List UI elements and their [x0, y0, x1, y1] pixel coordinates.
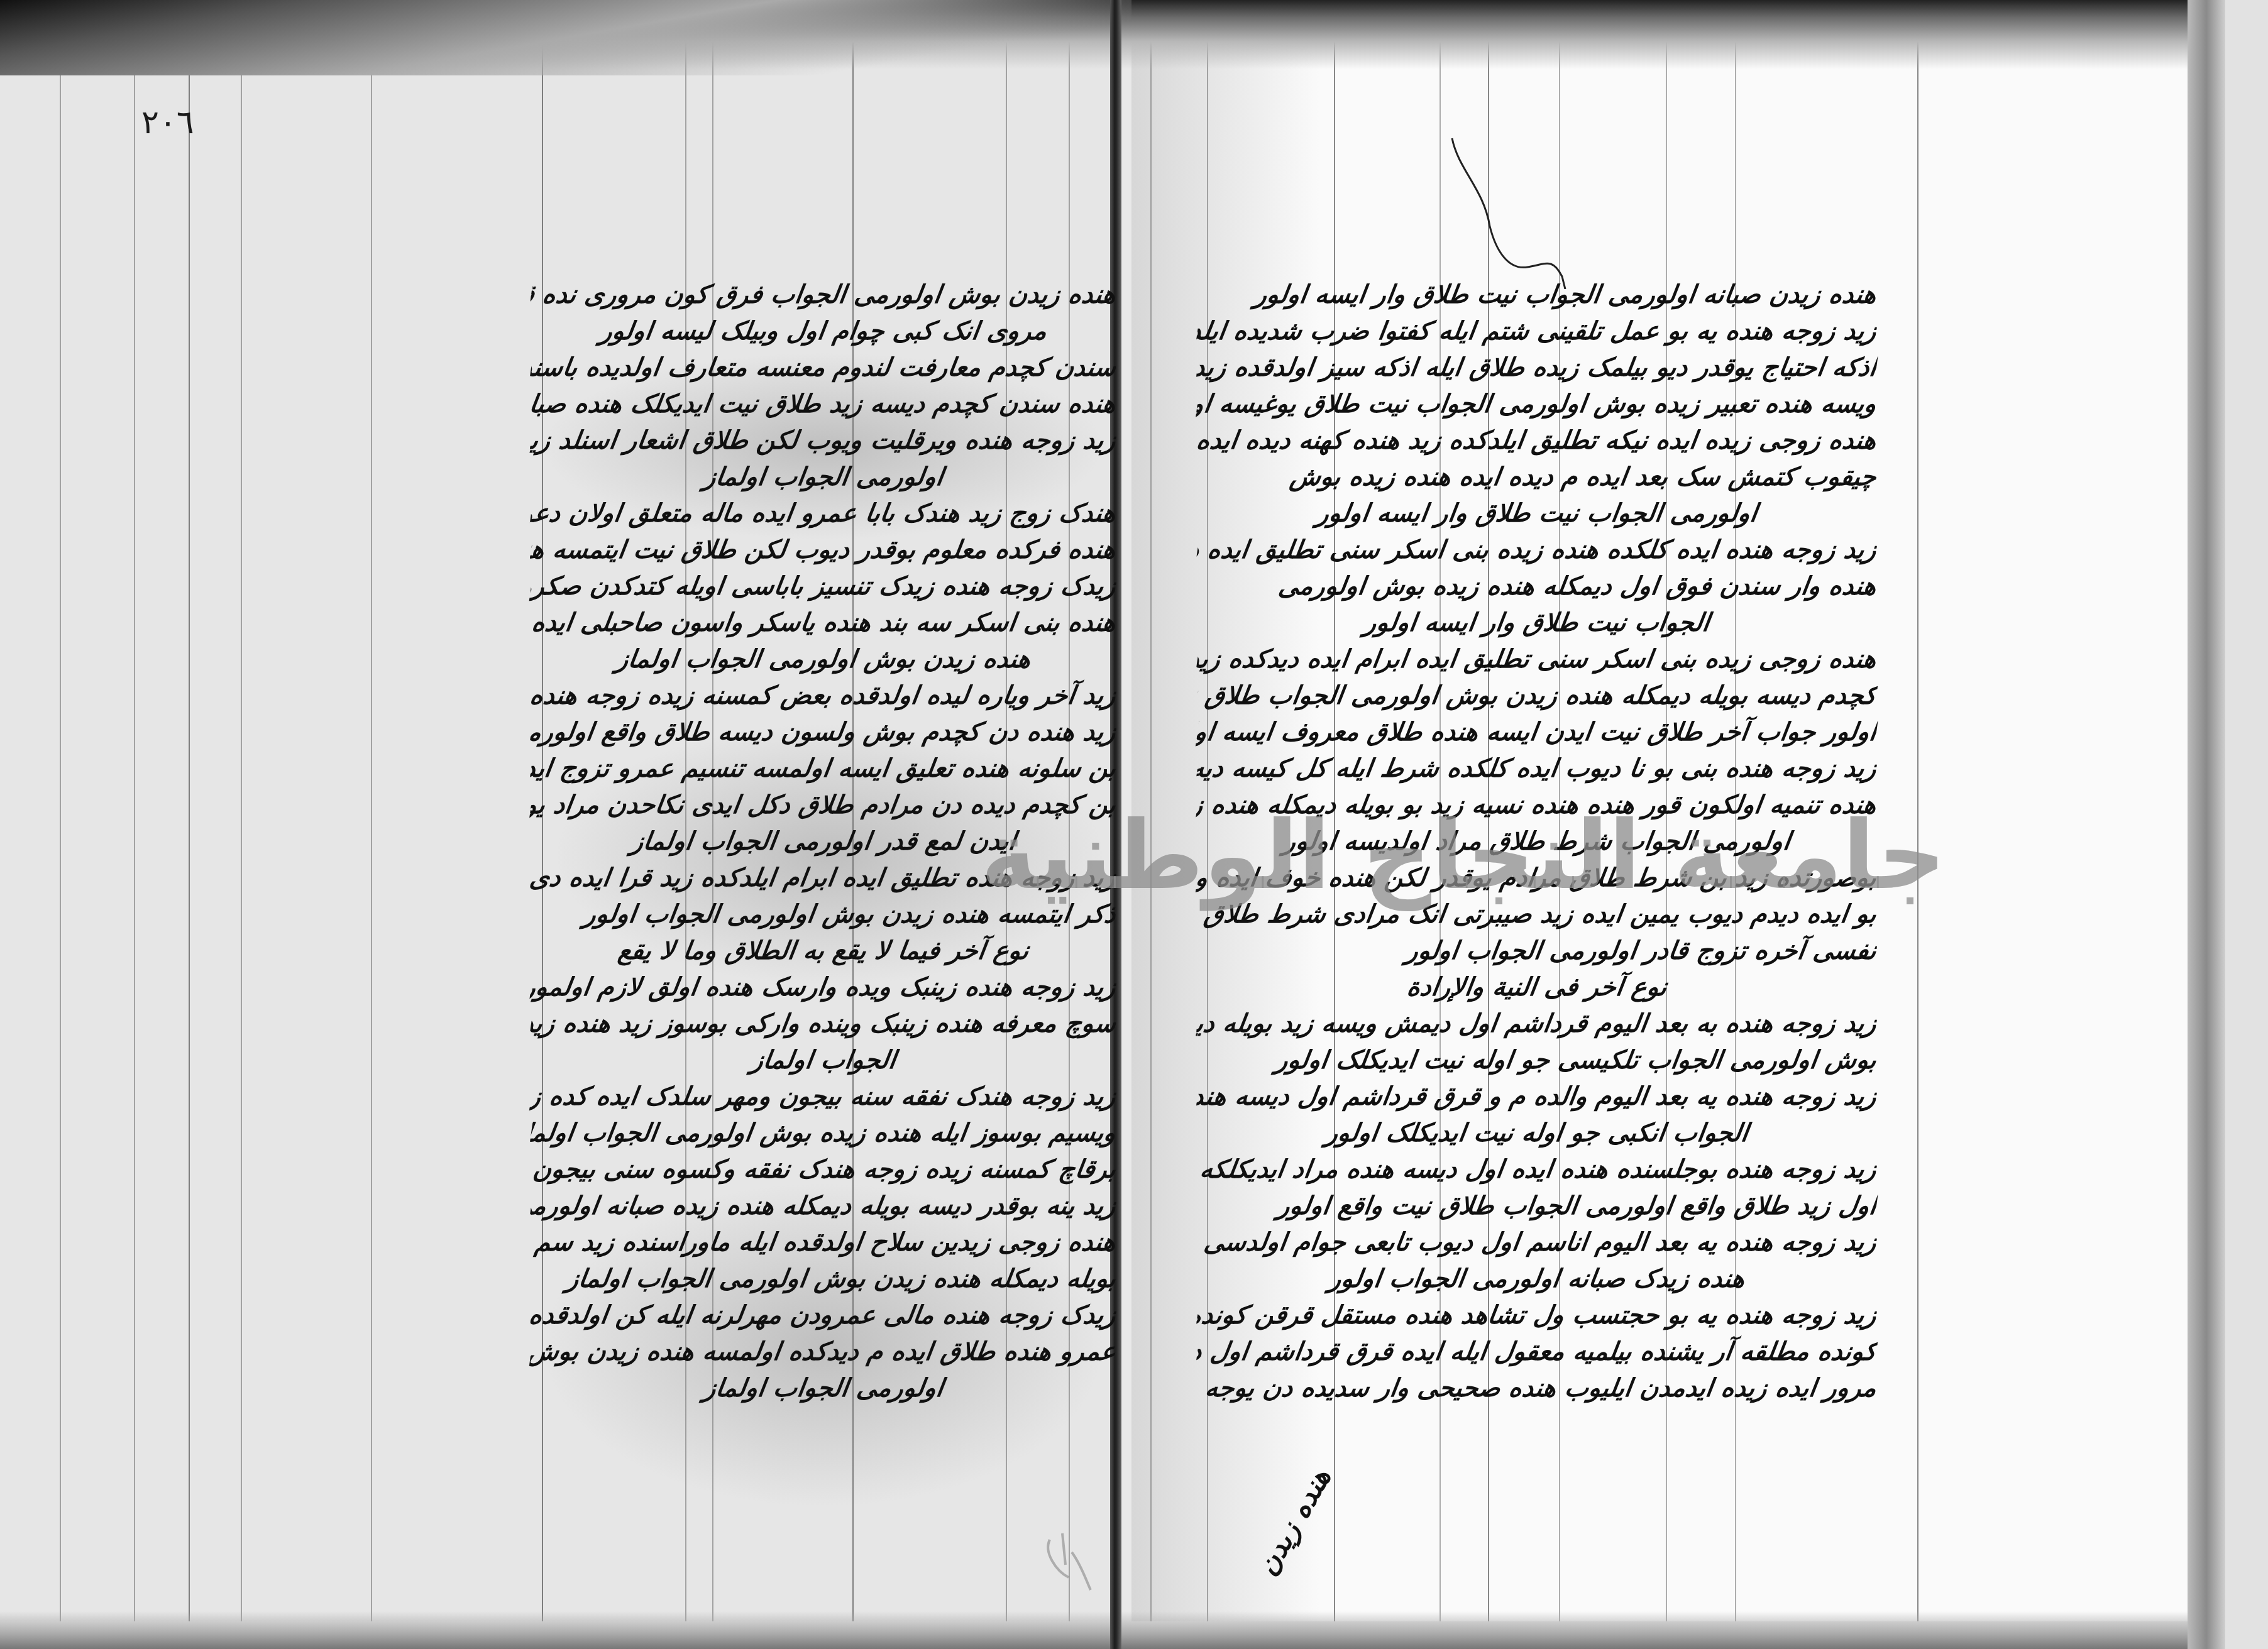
ruling-line [241, 0, 242, 1621]
text-line: هنده بنی اسکر سه بند هنده یاسکر واسون صا… [529, 605, 1118, 641]
text-line: هنده وار سندن فوق اول دیمکله هنده زیده ب… [1195, 568, 1879, 605]
text-line: زید زوجه هنده زینبک ویده وارسک هنده اولق… [529, 969, 1118, 1005]
text-line: اول زید طلاق واقع اولورمی الجواب طلاق نی… [1195, 1188, 1879, 1224]
text-line: برقاچ کمسنه زیده زوجه هندک نفقه وکسوه سن… [529, 1151, 1118, 1188]
text-line: زید زوجه هنده ایده کلکده هنده زیده بنی ا… [1195, 532, 1879, 568]
ruling-line [371, 0, 372, 1621]
text-line: کچدم دیسه بویله دیمکله هنده زیدن بوش اول… [1195, 677, 1879, 714]
text-line: هنده سندن کچدم دیسه زید طلاق نیت ایدیکلک… [529, 386, 1118, 422]
text-line: اذکه احتیاج یوقدر دیو بیلمک زیده طلاق ای… [1195, 349, 1879, 386]
text-line: الجواب اولماز [529, 1042, 1118, 1078]
text-line: هندک زوج زید هندک بابا عمرو ایده ماله مت… [529, 495, 1118, 532]
faint-ink-mark [1037, 1527, 1094, 1596]
text-line: ویسیم بوسوز ایله هنده زیده بوش اولورمی ا… [529, 1115, 1118, 1151]
text-line: بن سلونه هنده تعلیق ایسه اولمسه تنسیم عم… [529, 750, 1118, 787]
ruling-line [60, 0, 61, 1621]
page-number: ٢٠٦ [141, 104, 194, 141]
text-line: زید ینه بوقدر دیسه بویله دیمکله هنده زید… [529, 1188, 1118, 1224]
manuscript-scan: ٢٠٦ هنده زیدن بوش اولورمی الجواب فرق کون… [0, 0, 2268, 1649]
text-line: زید زوجه هنده بوجلسنده هنده ایده اول دیس… [1195, 1151, 1879, 1188]
text-line: عمرو هنده طلاق ایده م دیدکده اولمسه هنده… [529, 1334, 1118, 1370]
text-line: اولورمی الجواب نیت طلاق وار ایسه اولور [1195, 495, 1879, 532]
text-line: زید هنده دن کچدم بوش ولسون دیسه طلاق واق… [529, 714, 1118, 750]
text-line: زید زوجه هنده یه بعد الیوم اناسم اول دیو… [1195, 1224, 1879, 1261]
text-line: هنده زیدک صبانه اولورمی الجواب اولور [1195, 1261, 1879, 1297]
text-line: هنده فرکده معلوم بوقدر دیوب لکن طلاق نیت… [529, 532, 1118, 568]
ruling-line [189, 0, 190, 1621]
text-line: مروی انک کبی چوام اول وبیلک لیسه اولور [529, 313, 1118, 349]
text-line: اولورمی الجواب اولماز [529, 459, 1118, 495]
text-line: الجواب نیت طلاق وار ایسه اولور [1195, 605, 1879, 641]
text-line: زید آخر ویاره لیده اولدقده بعض کمسنه زید… [529, 677, 1118, 714]
text-line: نفسی آخره تزوج قادر اولورمی الجواب اولور [1195, 933, 1879, 969]
right-margin-strip [2225, 0, 2268, 1649]
section-heading: نوع آخر فی النیة والإرادة [1195, 969, 1879, 1005]
text-line: اولور جواب آخر طلاق نیت ایدن ایسه هنده ط… [1195, 714, 1879, 750]
text-line: سوچ معرفه هنده زینبک وینده وارکی بوسوز ز… [529, 1005, 1118, 1042]
text-line: زید زوجه هنده یه بو حجتسب ول تشاهد هنده … [1195, 1297, 1879, 1334]
text-line: ویسه هنده تعبیر زیده بوش اولورمی الجواب … [1195, 386, 1879, 422]
text-line: بوش اولورمی الجواب تلکیسی جو اوله نیت ای… [1195, 1042, 1879, 1078]
text-line: اولورمی الجواب اولماز [529, 1370, 1118, 1406]
text-line: زیدک زوجه هنده مالی عمرودن مهرلرنه ایله … [529, 1297, 1118, 1334]
watermark: جامعة النجاح الوطنية [981, 801, 1946, 911]
pen-stroke-mark [1446, 126, 1597, 289]
text-line: هنده زوجی زیده بنی اسکر سنی تطلیق ایده ا… [1195, 641, 1879, 677]
text-line: الجواب انکبی جو اوله نیت ایدیکلک اولور [1195, 1115, 1879, 1151]
text-line: زید زوجه هندک نفقه سنه بیجون ومهر سلدک ا… [529, 1078, 1118, 1115]
top-left-shadow [0, 0, 1131, 75]
ruling-line [134, 0, 135, 1621]
text-line: بویله دیمکله هنده زیدن بوش اولورمی الجوا… [529, 1261, 1118, 1297]
text-line: زید زوجه هنده بنی بو نا دیوب ایده کلکده … [1195, 750, 1879, 787]
bottom-edge-shadow [0, 1611, 2268, 1649]
text-line: سندن کچدم معارفت لندوم معنسه متعارف اولد… [529, 349, 1118, 386]
text-line: چیقوب کتمش سک بعد ایده م دیده ایده هنده … [1195, 459, 1879, 495]
text-line: زید زوجه هنده یه بو عمل تلقینی شتم ایله … [1195, 313, 1879, 349]
text-line: زیدک زوجه هنده زیدک تنسیز باباسی اویله ک… [529, 568, 1118, 605]
text-line: زید زوجه هنده ویرقلیت ویوب لکن طلاق اشعا… [529, 422, 1118, 459]
text-line: هنده زوجی زیدین سلاح اولدقده ایله ماوراس… [529, 1224, 1118, 1261]
text-line: زید زوجه هنده یه بعد الیوم والده م و قرق… [1195, 1078, 1879, 1115]
text-line: مرور ایده زیده ایدمدن ایلیوب هنده صحیحی … [1195, 1370, 1879, 1406]
section-heading: نوع آخر فیما لا یقع به الطلاق وما لا یقع [529, 933, 1118, 969]
text-line: هنده زوجی زیده ایده نیکه تطلیق ایلدکده ز… [1195, 422, 1879, 459]
text-line: هنده زیدن بوش اولورمی الجواب فرق کون مرو… [529, 277, 1118, 313]
right-page-edge [2188, 0, 2225, 1649]
text-line: زید زوجه هنده به بعد الیوم قرداشم اول دی… [1195, 1005, 1879, 1042]
text-line: هنده زیدن بوش اولورمی الجواب اولماز [529, 641, 1118, 677]
text-line: کونده مطلقه آر یشنده بیلمیه معقول ایله ا… [1195, 1334, 1879, 1370]
